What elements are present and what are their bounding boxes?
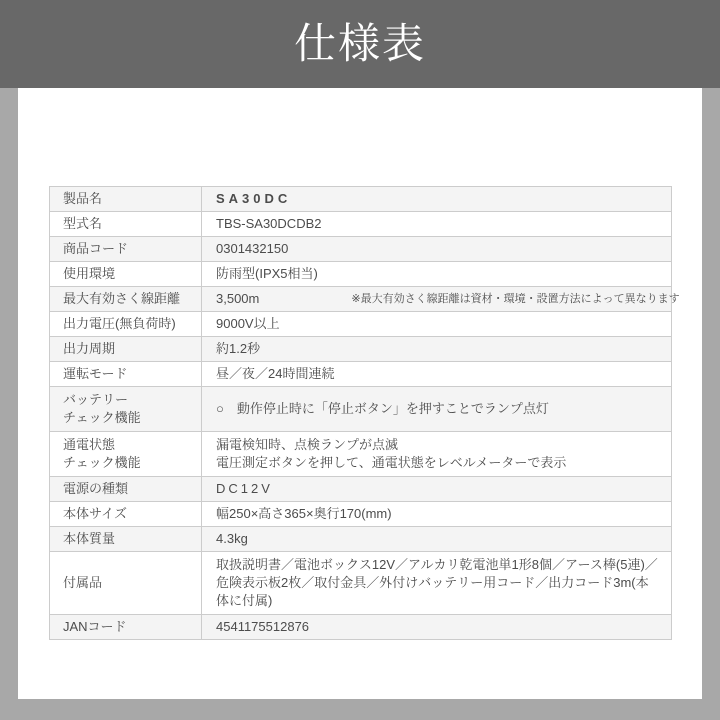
row-value: 4.3kg bbox=[202, 527, 672, 552]
row-value: SA30DC bbox=[202, 187, 672, 212]
table-row: バッテリー チェック機能 ○ 動作停止時に「停止ボタン」を押すことでランプ点灯 bbox=[50, 387, 672, 432]
row-label-line2: チェック機能 bbox=[63, 454, 191, 472]
row-label: 型式名 bbox=[50, 212, 202, 237]
row-label: 製品名 bbox=[50, 187, 202, 212]
row-value: 漏電検知時、点検ランプが点滅 電圧測定ボタンを押して、通電状態をレベルメーターで… bbox=[202, 432, 672, 477]
row-label: 使用環境 bbox=[50, 262, 202, 287]
row-label: 電源の種類 bbox=[50, 477, 202, 502]
row-label: 運転モード bbox=[50, 362, 202, 387]
page-title: 仕様表 bbox=[294, 23, 426, 65]
row-label: 商品コード bbox=[50, 237, 202, 262]
row-value: ○ 動作停止時に「停止ボタン」を押すことでランプ点灯 bbox=[202, 387, 672, 432]
row-label-line2: チェック機能 bbox=[63, 409, 191, 427]
table-row: 型式名 TBS-SA30DCDB2 bbox=[50, 212, 672, 237]
row-value-text: DC12V bbox=[216, 481, 273, 496]
row-label: 出力周期 bbox=[50, 337, 202, 362]
product-name-value: SA30DC bbox=[216, 191, 291, 206]
row-label-line1: 通電状態 bbox=[63, 436, 191, 454]
content-panel: 製品名 SA30DC 型式名 TBS-SA30DCDB2 商品コード 03014… bbox=[18, 88, 702, 699]
table-row: 製品名 SA30DC bbox=[50, 187, 672, 212]
row-value-text: 3,500m bbox=[216, 290, 259, 308]
page-header: 仕様表 bbox=[0, 0, 720, 88]
row-value-line2: 危険表示板2枚／取付金具／外付けバッテリー用コード／出力コード3m(本体に付属) bbox=[216, 574, 661, 610]
row-label: 出力電圧(無負荷時) bbox=[50, 312, 202, 337]
row-label: 本体質量 bbox=[50, 527, 202, 552]
table-row: 付属品 取扱説明書／電池ボックス12V／アルカリ乾電池単1形8個／アース棒(5連… bbox=[50, 552, 672, 615]
row-value: DC12V bbox=[202, 477, 672, 502]
table-row: 商品コード 0301432150 bbox=[50, 237, 672, 262]
row-value: 防雨型(IPX5相当) bbox=[202, 262, 672, 287]
page-background: 製品名 SA30DC 型式名 TBS-SA30DCDB2 商品コード 03014… bbox=[0, 88, 720, 720]
row-value: TBS-SA30DCDB2 bbox=[202, 212, 672, 237]
table-row: 通電状態 チェック機能 漏電検知時、点検ランプが点滅 電圧測定ボタンを押して、通… bbox=[50, 432, 672, 477]
table-row: 運転モード 昼／夜／24時間連続 bbox=[50, 362, 672, 387]
spec-table: 製品名 SA30DC 型式名 TBS-SA30DCDB2 商品コード 03014… bbox=[49, 186, 672, 640]
row-value: 0301432150 bbox=[202, 237, 672, 262]
table-row: 最大有効さく線距離 3,500m ※最大有効さく線距離は資材・環境・設置方法によ… bbox=[50, 287, 672, 312]
row-value: 取扱説明書／電池ボックス12V／アルカリ乾電池単1形8個／アース棒(5連)／ 危… bbox=[202, 552, 672, 615]
row-note: ※最大有効さく線距離は資材・環境・設置方法によって異なります bbox=[351, 290, 679, 308]
row-label: JANコード bbox=[50, 615, 202, 640]
table-row: 出力周期 約1.2秒 bbox=[50, 337, 672, 362]
table-row: 出力電圧(無負荷時) 9000V以上 bbox=[50, 312, 672, 337]
row-value: 3,500m ※最大有効さく線距離は資材・環境・設置方法によって異なります bbox=[202, 287, 672, 312]
table-row: 本体質量 4.3kg bbox=[50, 527, 672, 552]
table-row: 使用環境 防雨型(IPX5相当) bbox=[50, 262, 672, 287]
row-value: 約1.2秒 bbox=[202, 337, 672, 362]
row-label-line1: バッテリー bbox=[63, 391, 191, 409]
row-label: バッテリー チェック機能 bbox=[50, 387, 202, 432]
table-row: 本体サイズ 幅250×高さ365×奥行170(mm) bbox=[50, 502, 672, 527]
table-row: JANコード 4541175512876 bbox=[50, 615, 672, 640]
row-value: 9000V以上 bbox=[202, 312, 672, 337]
row-label: 最大有効さく線距離 bbox=[50, 287, 202, 312]
row-value-line1: 漏電検知時、点検ランプが点滅 bbox=[216, 436, 661, 454]
table-row: 電源の種類 DC12V bbox=[50, 477, 672, 502]
row-value: 4541175512876 bbox=[202, 615, 672, 640]
row-value: 昼／夜／24時間連続 bbox=[202, 362, 672, 387]
row-value-line2: 電圧測定ボタンを押して、通電状態をレベルメーターで表示 bbox=[216, 454, 661, 472]
row-value-line1: 取扱説明書／電池ボックス12V／アルカリ乾電池単1形8個／アース棒(5連)／ bbox=[216, 556, 661, 574]
row-value: 幅250×高さ365×奥行170(mm) bbox=[202, 502, 672, 527]
row-label: 通電状態 チェック機能 bbox=[50, 432, 202, 477]
row-label: 付属品 bbox=[50, 552, 202, 615]
row-label: 本体サイズ bbox=[50, 502, 202, 527]
